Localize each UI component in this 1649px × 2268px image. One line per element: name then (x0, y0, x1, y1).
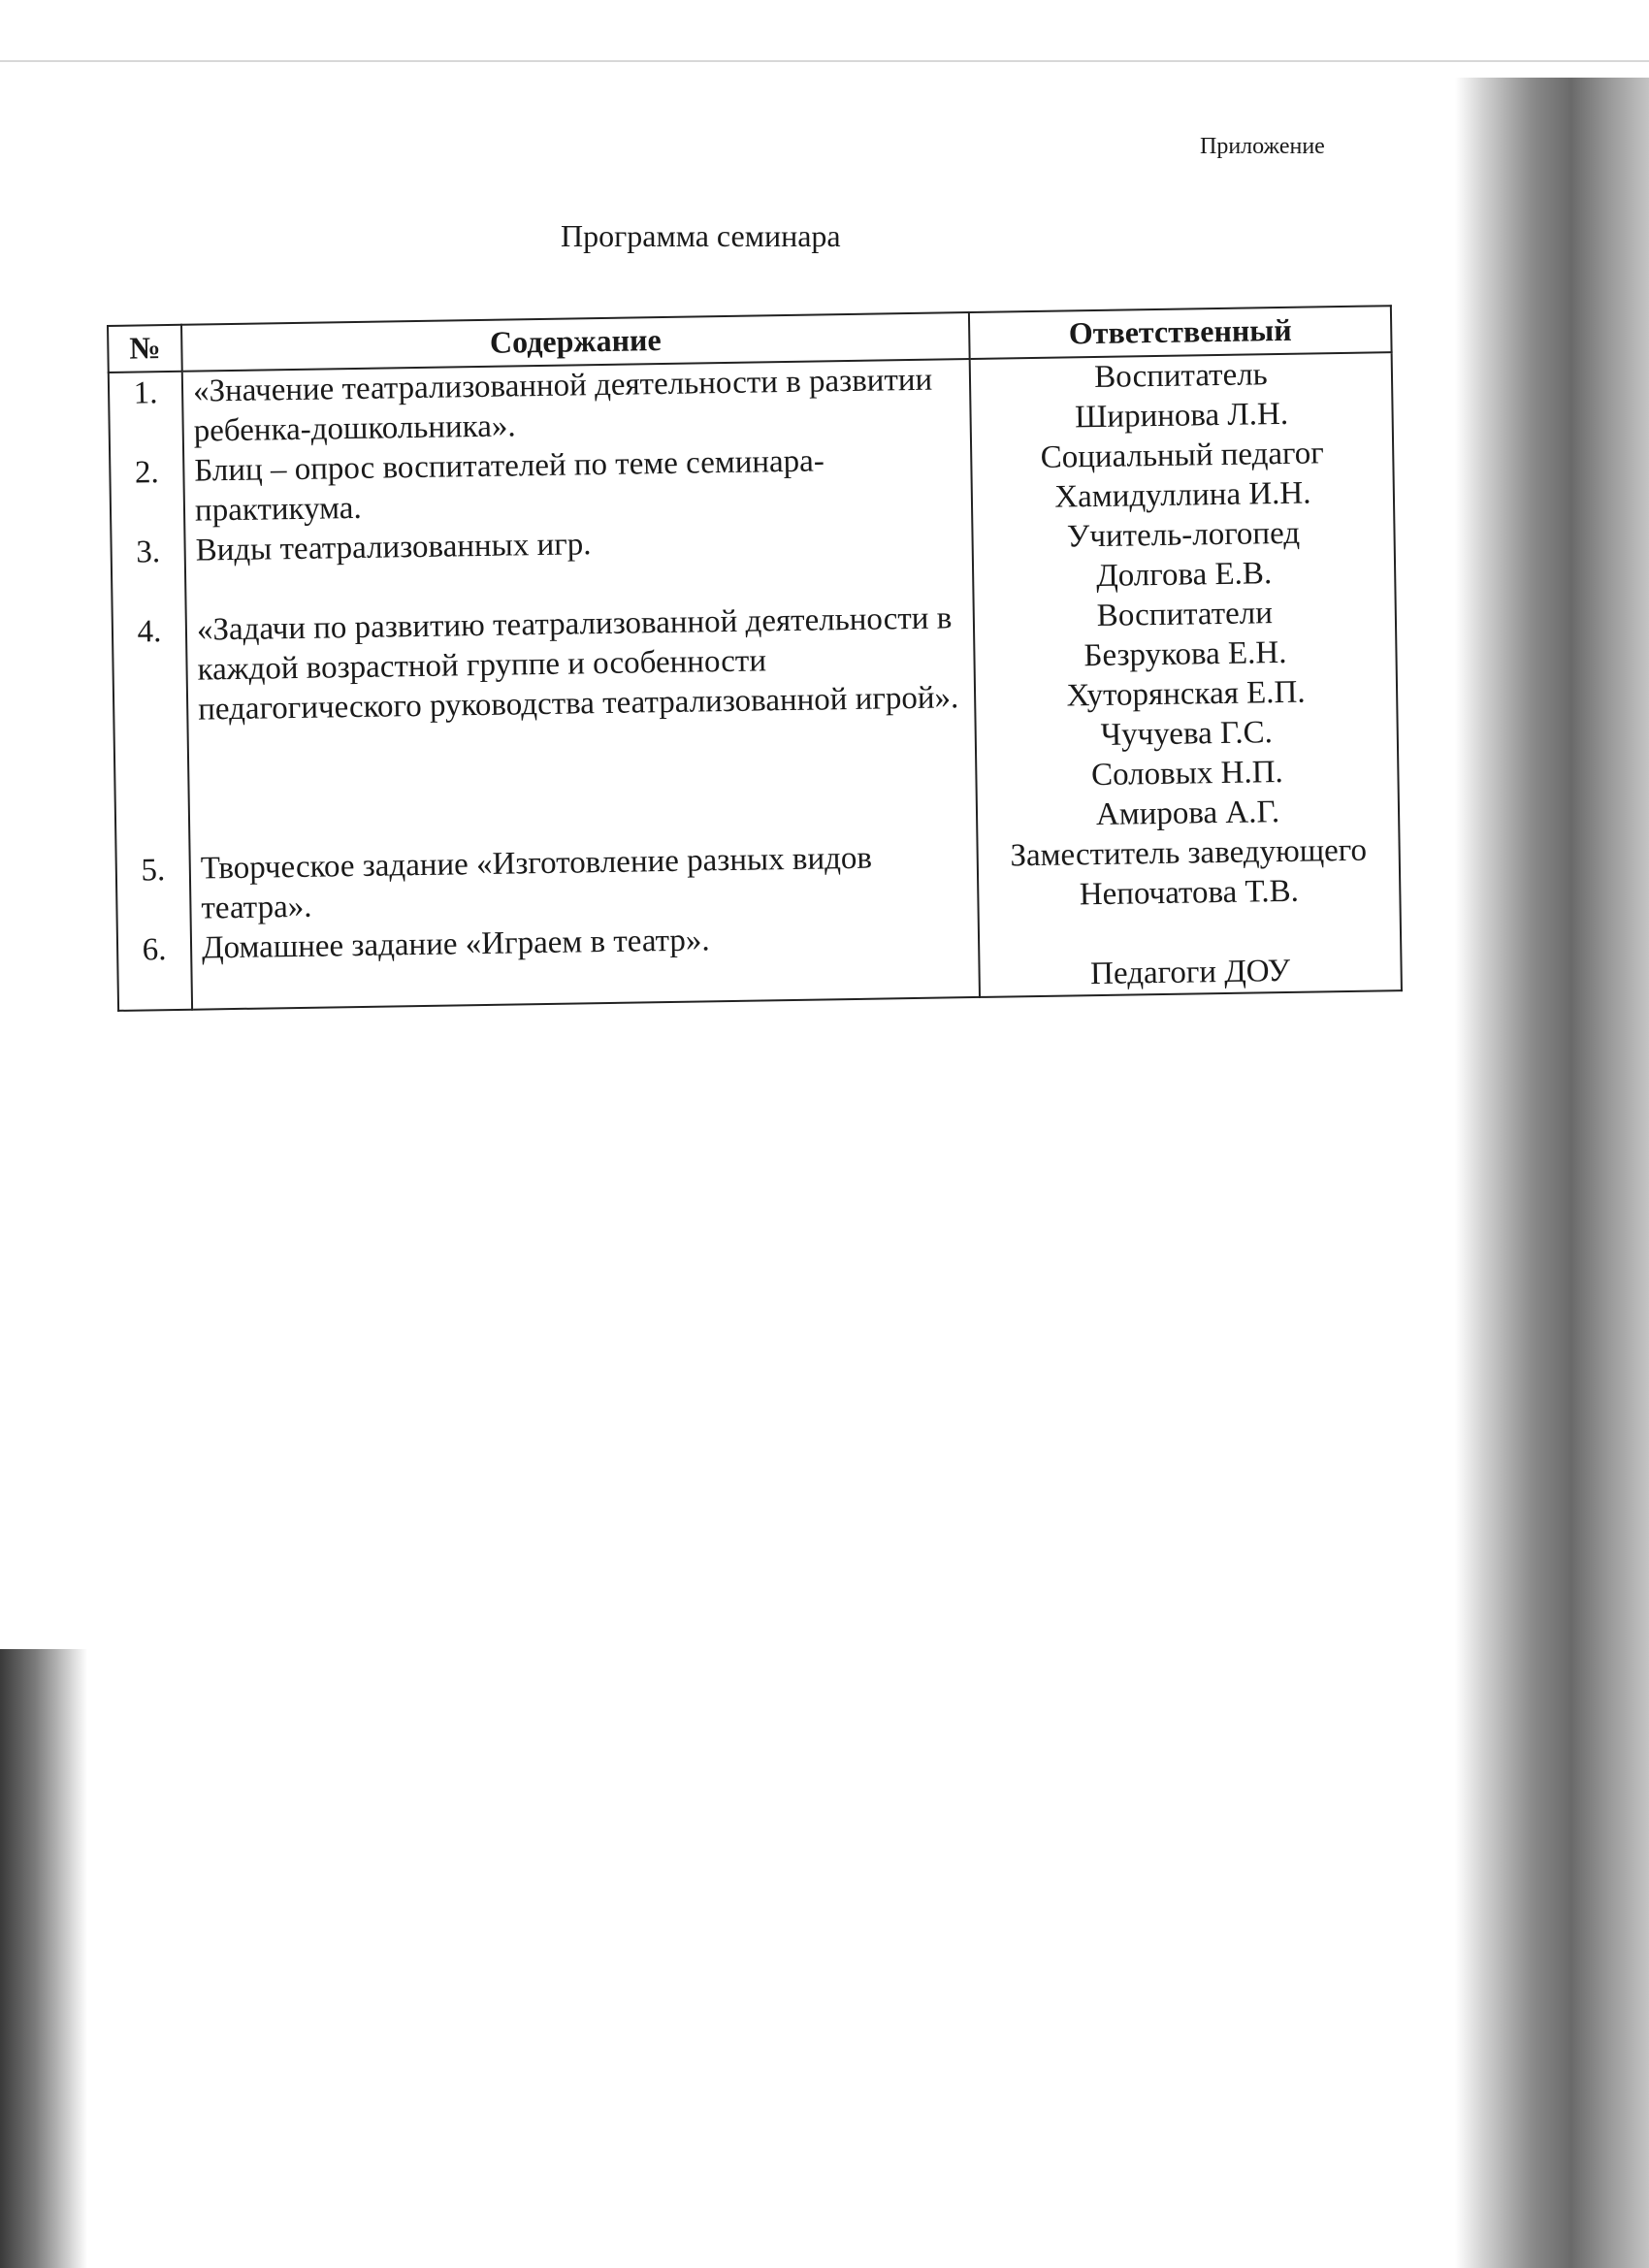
scan-shadow-right (1455, 78, 1649, 2268)
row-number: 6. (119, 930, 190, 976)
row-number: 5. (118, 851, 189, 931)
responsible-name: Чучуева Г.С. (982, 711, 1391, 758)
responsible-role: Воспитатели (981, 592, 1390, 638)
responsible-role: Педагоги ДОУ (986, 950, 1395, 996)
responsible-name: Хамидуллина И.Н. (979, 472, 1388, 519)
document-page: Приложение Программа семинара № Содержан… (0, 0, 1465, 2268)
responsible-role: Заместитель заведующего (984, 830, 1393, 877)
responsible-name: Хуторянская Е.П. (982, 671, 1391, 718)
column-header-responsible: Ответственный (969, 306, 1392, 359)
responsible-role: Социальный педагог (978, 433, 1387, 479)
responsible-name: Непочатова Т.В. (985, 870, 1394, 917)
column-header-number: № (108, 325, 182, 373)
responsible-name: Амирова А.Г. (984, 791, 1393, 837)
responsible-role: Учитель-логопед (979, 512, 1388, 559)
seminar-program-table: № Содержание Ответственный 1. 2. 3. 4. 5… (107, 305, 1403, 1012)
row-number: 2. (112, 453, 182, 534)
table-row: 1. 2. 3. 4. 5. 6. «Значение театрализова… (109, 352, 1402, 1011)
responsible-cell: Воспитатель Ширинова Л.Н. Социальный пед… (970, 352, 1402, 997)
row-number: 1. (111, 373, 181, 454)
content-cell: «Значение театрализованной деятельности … (182, 359, 980, 1010)
spacer (986, 910, 1395, 956)
row-number: 3. (113, 533, 183, 613)
responsible-role: Воспитатель (977, 353, 1386, 400)
content-item: «Значение театрализованной деятельности … (193, 360, 960, 451)
appendix-label: Приложение (1200, 134, 1325, 160)
content-item: Творческое задание «Изготовление разных … (201, 837, 968, 928)
responsible-name: Долгова Е.В. (980, 552, 1389, 599)
number-cell: 1. 2. 3. 4. 5. 6. (109, 372, 192, 1011)
responsible-name: Ширинова Л.Н. (977, 393, 1386, 439)
content-item: «Задачи по развитию театрализованной дея… (197, 599, 967, 849)
responsible-name: Безрукова Е.Н. (981, 632, 1390, 678)
content-item: Виды театрализованных игр. (195, 519, 962, 610)
page-title: Программа семинара (561, 218, 841, 254)
content-item: Блиц – опрос воспитателей по теме семина… (194, 439, 961, 531)
responsible-name: Соловых Н.П. (983, 751, 1392, 797)
row-number: 4. (114, 612, 188, 852)
